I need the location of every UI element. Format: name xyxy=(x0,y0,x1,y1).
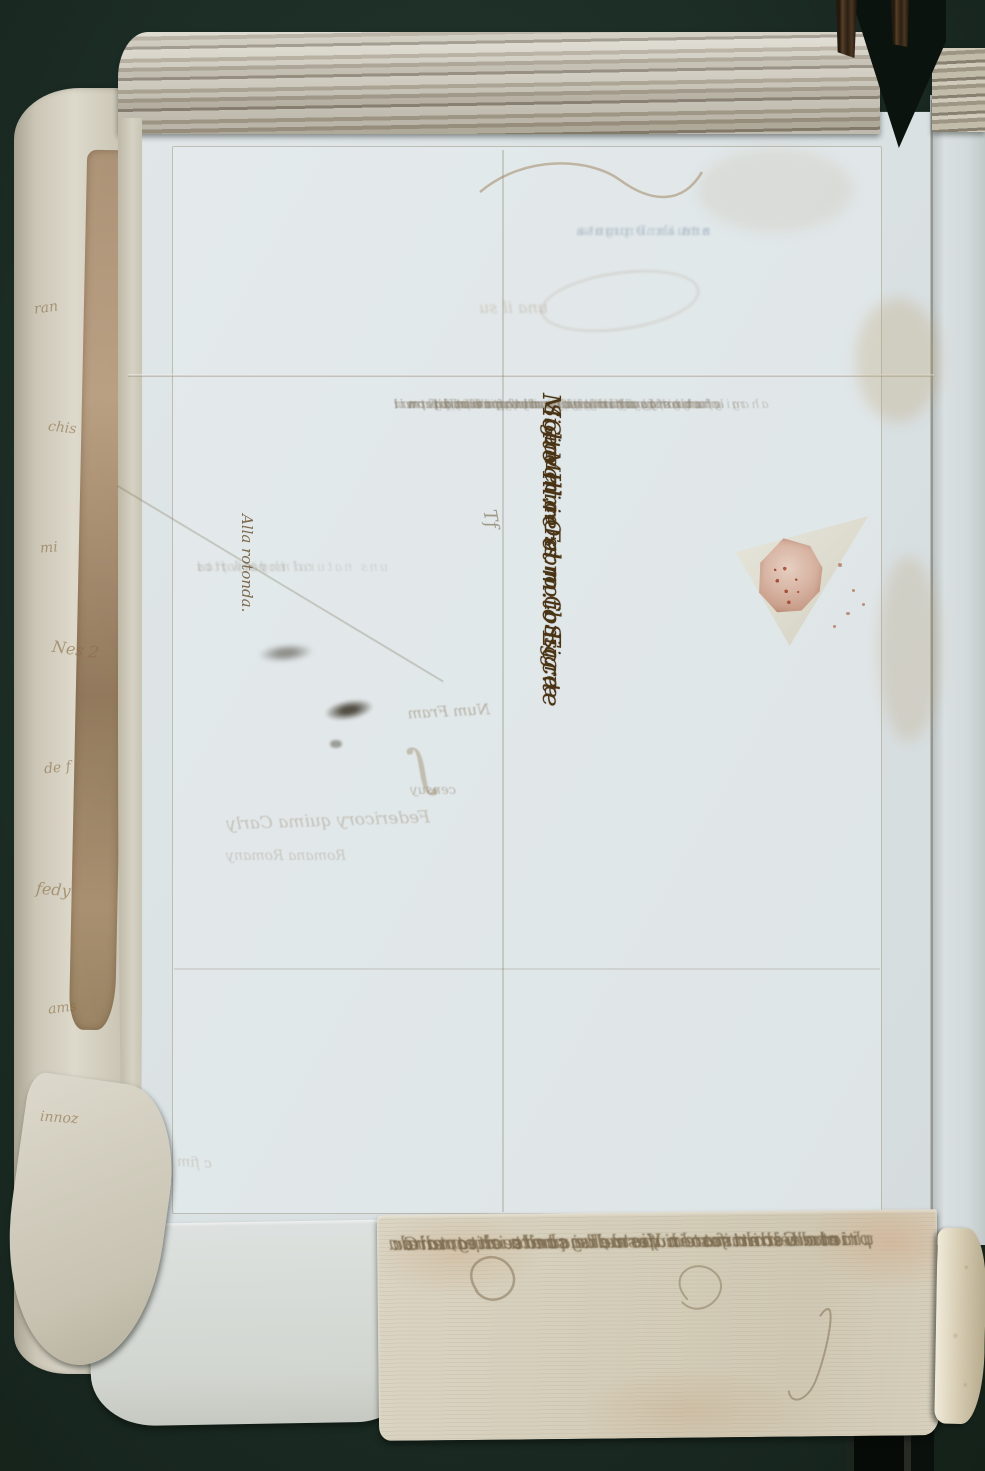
edge-script-fragment: fedy xyxy=(35,879,71,901)
ink-flourish xyxy=(470,150,710,210)
edge-script-fragment: innoz xyxy=(39,1109,78,1128)
mirrored-word: censuy xyxy=(390,783,456,798)
cradle-rod-icon xyxy=(836,0,857,58)
rust-speck xyxy=(846,612,850,615)
rolled-page-edge xyxy=(934,1228,985,1425)
paper-slip: et de santi fece capo delle scritte di g… xyxy=(377,1209,939,1441)
rust-speck xyxy=(833,625,836,628)
mirrored-line: Romana Romany xyxy=(236,848,346,864)
page-stack-top-edge xyxy=(118,32,880,134)
address-block: Molto Ill.re et m.to Ecc.te Sig.re mio O… xyxy=(383,393,575,685)
rust-speck xyxy=(852,589,855,592)
rust-speck xyxy=(862,603,865,606)
stamp-line: ana ilc Dnugusa xyxy=(574,222,710,242)
edge-script-fragment: mi xyxy=(39,539,58,556)
edge-script-fragment: ran xyxy=(33,298,59,317)
ink-smudge xyxy=(330,740,342,748)
page-stack-top-edge-right xyxy=(932,48,985,132)
showthrough-scribble: una il su xyxy=(418,298,548,328)
cradle-rod-icon xyxy=(891,0,909,47)
water-stain xyxy=(878,556,940,742)
delivery-note: Alla rotonda. xyxy=(228,514,256,664)
edge-script-fragment: de f xyxy=(43,759,71,778)
book-scan-page: ran chis mi Nes 2 de f fedy ams innoz nm… xyxy=(0,0,985,1471)
slip-ink-flourishes xyxy=(437,1228,879,1423)
horizontal-fold-crease xyxy=(174,968,880,970)
edge-script-fragment: chis xyxy=(47,419,77,438)
water-stain xyxy=(698,148,854,232)
rust-speck xyxy=(838,563,842,567)
address-line: e Med.co xyxy=(531,433,575,526)
horizontal-fold-crease xyxy=(128,374,934,377)
